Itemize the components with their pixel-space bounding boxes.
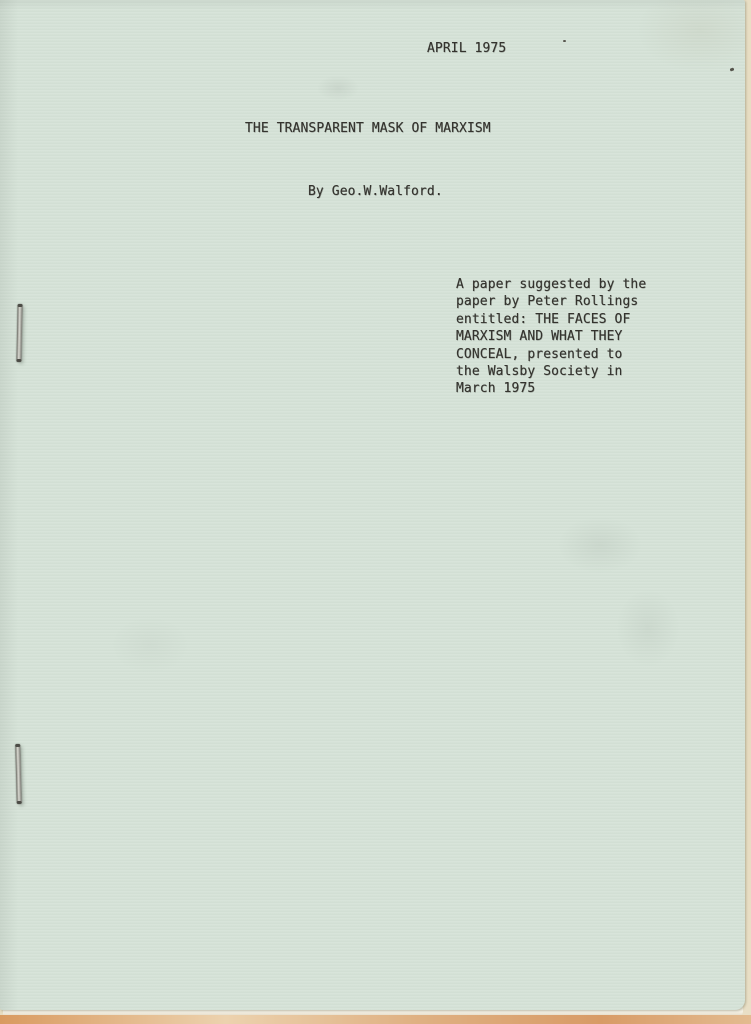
note-line: A paper suggested by the bbox=[456, 276, 646, 293]
note-line: entitled: THE FACES OF bbox=[456, 311, 646, 328]
note-line: March 1975 bbox=[456, 380, 646, 397]
ink-speck bbox=[730, 67, 735, 71]
ink-speck bbox=[563, 40, 566, 42]
scanned-cover-page: APRIL 1975 THE TRANSPARENT MASK OF MARXI… bbox=[0, 0, 751, 1024]
date-line: APRIL 1975 bbox=[427, 40, 506, 57]
page-title: THE TRANSPARENT MASK OF MARXISM bbox=[245, 120, 491, 137]
scan-bottom-edge bbox=[0, 1015, 751, 1024]
note-line: CONCEAL, presented to bbox=[456, 346, 646, 363]
note-line: paper by Peter Rollings bbox=[456, 293, 646, 310]
note-block: A paper suggested by thepaper by Peter R… bbox=[456, 276, 646, 398]
note-line: the Walsby Society in bbox=[456, 363, 646, 380]
byline: By Geo.W.Walford. bbox=[308, 183, 443, 200]
note-line: MARXISM AND WHAT THEY bbox=[456, 328, 646, 345]
cover-paper: APRIL 1975 THE TRANSPARENT MASK OF MARXI… bbox=[0, 0, 745, 1010]
